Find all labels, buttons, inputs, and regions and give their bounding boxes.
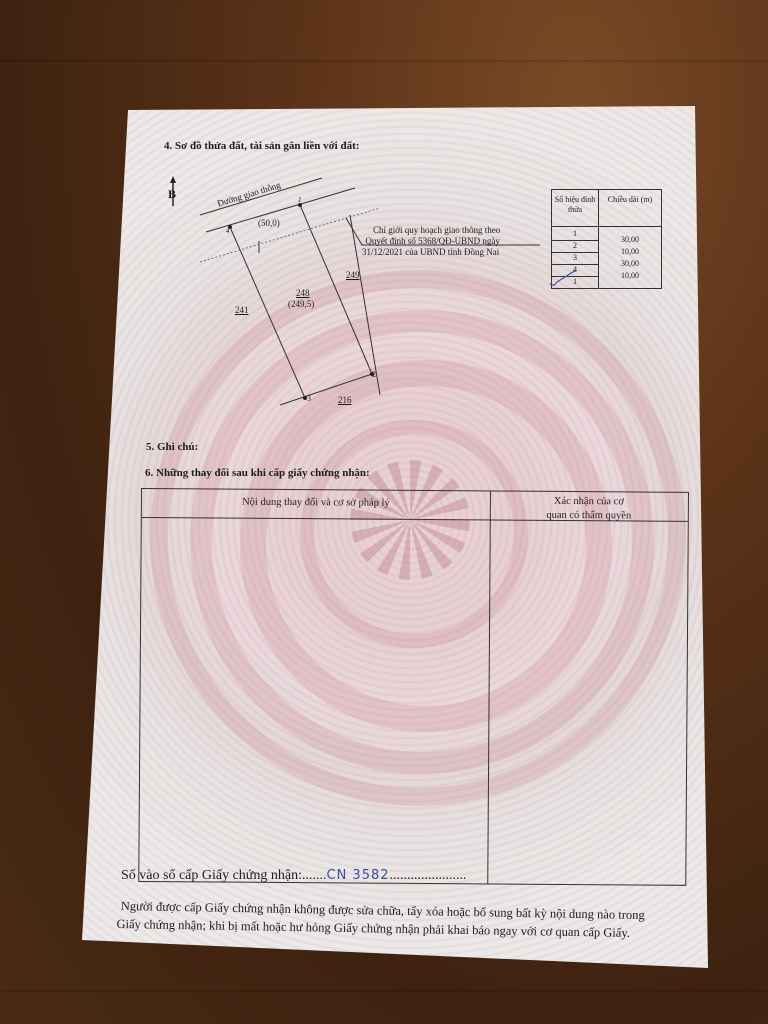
table-divider [552,226,661,227]
header-change-content: Nội dung thay đổi và cơ sở pháp lý [142,496,490,509]
changes-table: Nội dung thay đổi và cơ sở pháp lý Xác n… [138,488,689,886]
parcel-number: 248 [296,288,310,298]
length-cell: 10,00 [602,271,658,280]
neighbor-parcel-216: 216 [338,395,352,405]
header-line: quan có thẩm quyền [490,508,688,523]
planning-note-line: 31/12/2021 của UBND tỉnh Đồng Nai [361,247,500,258]
vertex-id-cell: 2 [552,241,598,250]
header-authority-confirmation: Xác nhận của cơ quan có thẩm quyền [490,494,688,523]
vertex-label-4: 4 [226,227,230,235]
neighbor-parcel-241: 241 [235,305,249,315]
registry-label: Số vào sổ cấp Giấy chứng nhận: [121,868,302,883]
vertex-label-3: 3 [307,394,311,403]
registry-number-value: CN 3582 [327,868,390,883]
vertex-label-1: 1 [298,196,302,204]
pen-mark-icon [548,268,582,288]
neighbor-parcel-249: 249 [346,270,360,280]
registry-dots: ....... [302,868,327,883]
vertex-id-cell: 3 [552,253,598,262]
length-cell: 30,00 [602,235,658,244]
table-divider [487,491,491,883]
vertex-id-cell: 1 [552,229,598,238]
registry-number-row: Số vào sổ cấp Giấy chứng nhận:.......CN … [121,868,467,884]
header-vertex-id: Số hiệu đỉnh thửa [554,195,596,215]
length-cell: 10,00 [602,247,658,256]
vertex-label-2: 2 [372,370,376,379]
length-cell: 30,00 [602,259,658,268]
vertex-length-table: Số hiệu đỉnh thửa Chiều dài (m) 1 2 3 4 … [551,189,662,289]
header-line: Xác nhận của cơ [490,494,688,509]
section-5-heading: 5. Ghi chú: [146,441,198,453]
planning-note-line: Chỉ giới quy hoạch giao thông theo [373,225,500,236]
planning-note-line: Quyết định số 5368/QĐ-UBND ngày [365,236,500,247]
parcel-area: (249,5) [288,299,314,309]
land-certificate-page: 4. Sơ đồ thửa đất, tài sản gắn liền với … [0,0,768,1024]
table-divider [598,190,599,288]
planning-note: Chỉ giới quy hoạch giao thông theo Quyết… [373,225,500,258]
header-length: Chiều dài (m) [602,195,658,205]
registry-dots: ...................... [390,868,467,883]
road-width-label: (50,0) [258,218,280,228]
section-6-heading: 6. Những thay đổi sau khi cấp giấy chứng… [145,467,370,479]
